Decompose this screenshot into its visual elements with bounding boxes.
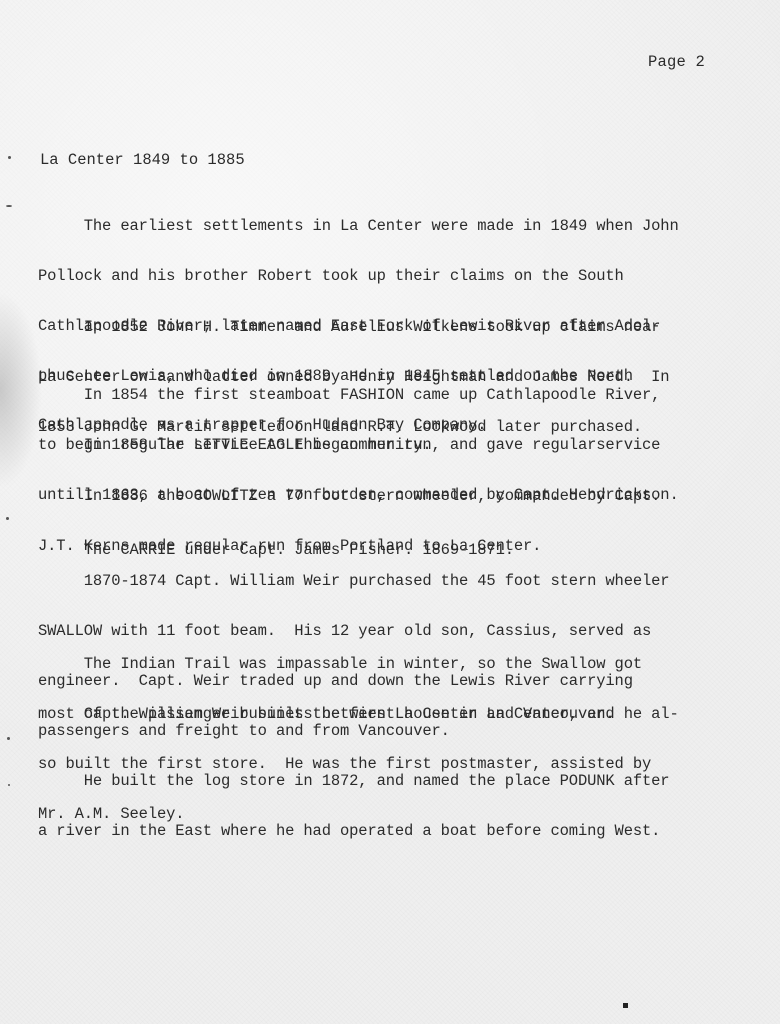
scan-speck — [8, 784, 10, 786]
scan-speck — [8, 156, 11, 159]
text-line: In 1886 the COWLITZ a 77 foot stern whee… — [38, 488, 758, 505]
document-title: La Center 1849 to 1885 — [40, 151, 245, 169]
text-line: In 1858 The LITTLE EAGLE began her run, … — [38, 437, 758, 454]
scan-speck — [6, 205, 12, 207]
text-line: The Indian Trail was impassable in winte… — [38, 656, 758, 673]
text-line: Pollock and his brother Robert took up t… — [38, 268, 758, 285]
text-line: In 1852 John H. Timmen and Aurelius Wilk… — [38, 319, 758, 336]
text-line: a river in the East where he had operate… — [38, 823, 758, 840]
scan-speck — [623, 1003, 628, 1008]
scan-speck — [6, 517, 9, 520]
text-line: In 1854 the first steamboat FASHION came… — [38, 387, 758, 404]
text-line: Capt. William Weir built the first house… — [38, 706, 758, 723]
paragraph-podunk: He built the log store in 1872, and name… — [38, 740, 758, 873]
text-line: 1870-1874 Capt. William Weir purchased t… — [38, 573, 758, 590]
page-number: Page 2 — [648, 53, 705, 71]
text-line: He built the log store in 1872, and name… — [38, 773, 758, 790]
scan-speck — [7, 737, 10, 740]
text-line: The earliest settlements in La Center we… — [38, 218, 758, 235]
